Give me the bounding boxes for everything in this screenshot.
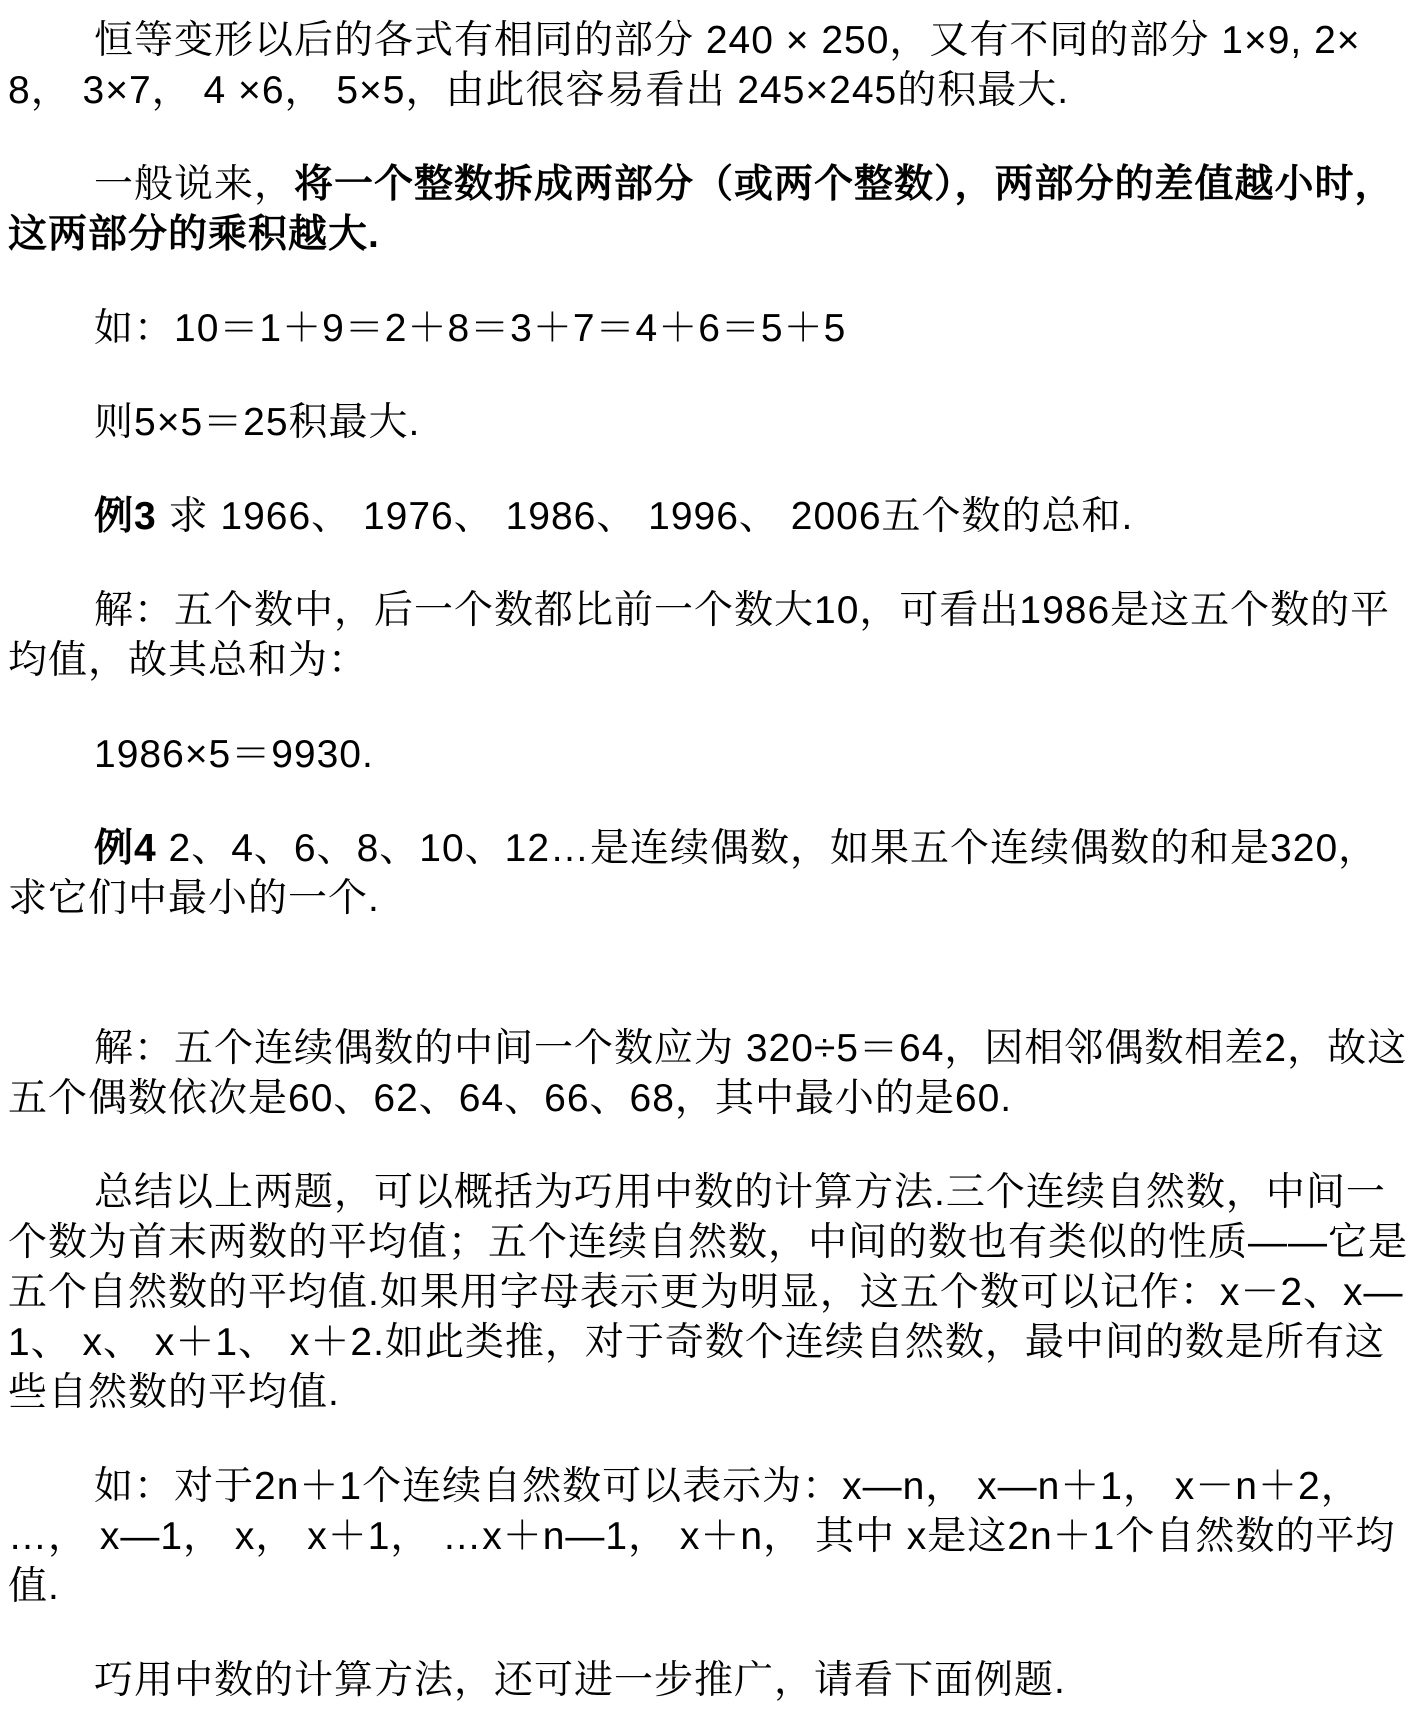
paragraph-intro-identity-transform: 恒等变形以后的各式有相同的部分 240 × 250，又有不同的部分 1×9, 2… [8, 16, 1414, 116]
example3-label: 例3 [94, 495, 157, 538]
paragraph-summary-middle-number-method: 总结以上两题，可以概括为巧用中数的计算方法.三个连续自然数，中间一个数为首末两数… [8, 1168, 1414, 1418]
paragraph-general-rule: 一般说来，将一个整数拆成两部分（或两个整数），两部分的差值越小时，这两部分的乘积… [8, 160, 1414, 260]
paragraph-example3-calculation: 1986×5＝9930. [8, 730, 1414, 780]
paragraph-example4-problem: 例4 2、4、6、8、10、12…是连续偶数，如果五个连续偶数的和是320，求它… [8, 824, 1414, 924]
paragraph-example4-solution: 解：五个连续偶数的中间一个数应为 320÷5＝64，因相邻偶数相差2，故这五个偶… [8, 1024, 1414, 1124]
paragraph-max-product-conclusion: 则5×5＝25积最大. [8, 398, 1414, 448]
text-run: 恒等变形以后的各式有相同的部分 240 × 250，又有不同的部分 1×9, 2… [8, 19, 1361, 112]
text-run: 1986×5＝9930. [94, 733, 374, 776]
text-run: 2、4、6、8、10、12…是连续偶数，如果五个连续偶数的和是320，求它们中最… [8, 827, 1378, 920]
paragraph-closing-remark: 巧用中数的计算方法，还可进一步推广，请看下面例题. [8, 1656, 1414, 1706]
paragraph-generalization-2n-plus-1: 如：对于2n＋1个连续自然数可以表示为：x—n， x—n＋1， x－n＋2， …… [8, 1462, 1414, 1612]
paragraph-example3-solution: 解：五个数中，后一个数都比前一个数大10，可看出1986是这五个数的平均值，故其… [8, 586, 1414, 686]
text-run: 求 1966、 1976、 1986、 1996、 2006五个数的总和. [157, 495, 1134, 538]
text-run: 一般说来， [94, 163, 294, 206]
text-run: 解：五个数中，后一个数都比前一个数大10，可看出1986是这五个数的平均值，故其… [8, 589, 1390, 682]
text-run: 如：10＝1＋9＝2＋8＝3＋7＝4＋6＝5＋5 [94, 307, 846, 350]
text-run: 则5×5＝25积最大. [94, 401, 420, 444]
text-run: 如：对于2n＋1个连续自然数可以表示为：x—n， x—n＋1， x－n＋2， …… [8, 1465, 1395, 1608]
document-page: 恒等变形以后的各式有相同的部分 240 × 250，又有不同的部分 1×9, 2… [8, 16, 1414, 1706]
example4-label: 例4 [94, 827, 157, 870]
text-run: 解：五个连续偶数的中间一个数应为 320÷5＝64，因相邻偶数相差2，故这五个偶… [8, 1027, 1407, 1120]
paragraph-example-sum-decomposition: 如：10＝1＋9＝2＋8＝3＋7＝4＋6＝5＋5 [8, 304, 1414, 354]
text-run: 巧用中数的计算方法，还可进一步推广，请看下面例题. [94, 1659, 1066, 1702]
text-run: 总结以上两题，可以概括为巧用中数的计算方法.三个连续自然数，中间一个数为首末两数… [8, 1171, 1408, 1414]
paragraph-example3-problem: 例3 求 1966、 1976、 1986、 1996、 2006五个数的总和. [8, 492, 1414, 542]
